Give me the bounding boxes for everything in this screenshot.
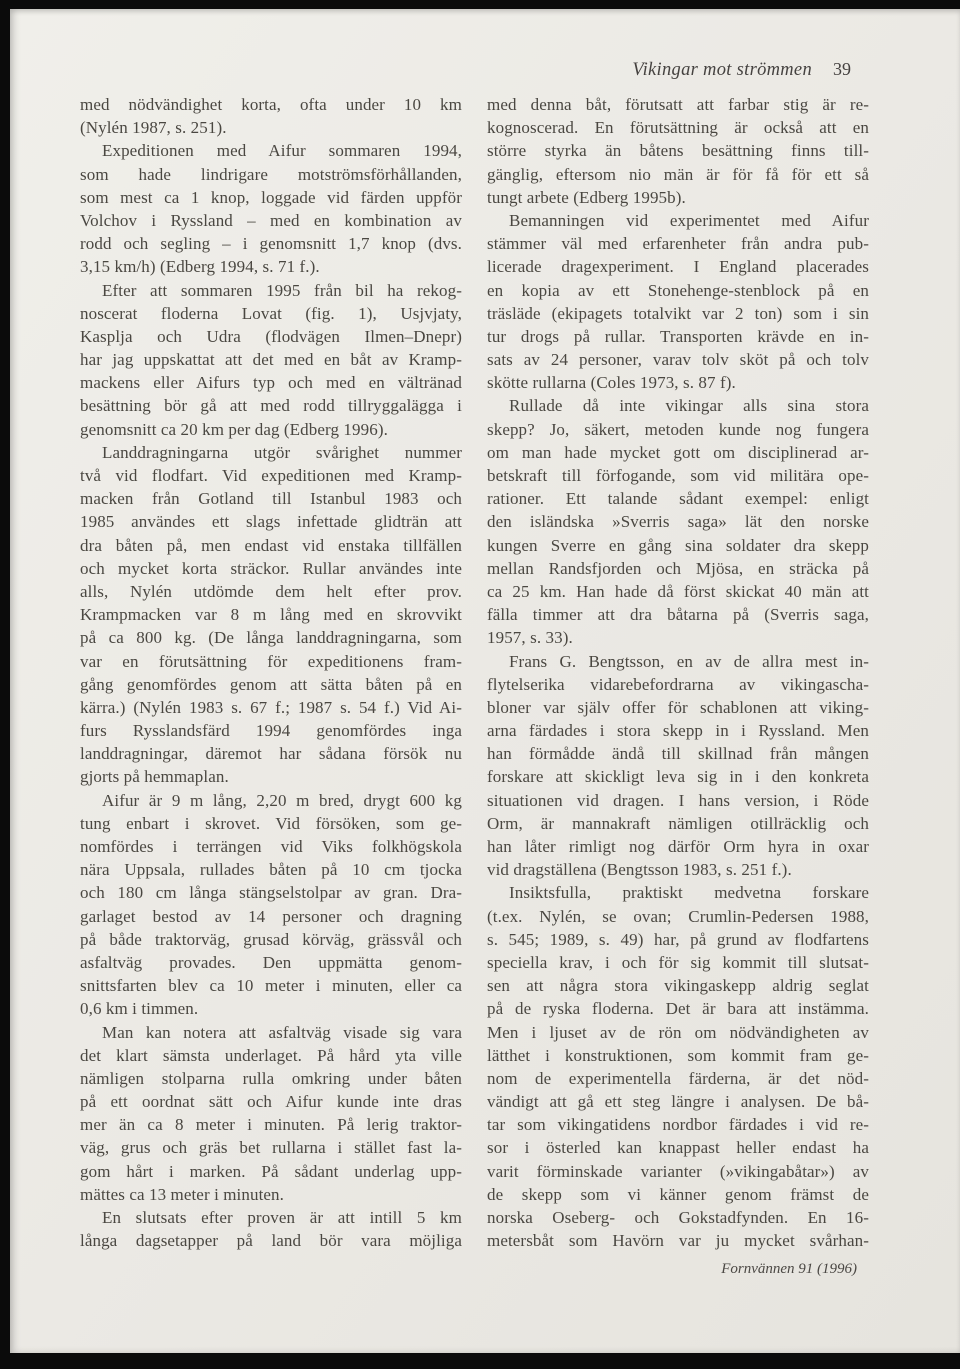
text-line: gänglig, eftersom nio män är för få för …: [487, 163, 869, 186]
text-line: (t.ex. Nylén, se ovan; Crumlin-Pedersen …: [487, 905, 869, 928]
text-line: macken från Gotland till Istanbul 1983 o…: [80, 487, 462, 510]
scanned-page: Vikingar mot strömmen 39 med nödvändighe…: [0, 0, 960, 1369]
page-number: 39: [833, 59, 851, 79]
text-line: nära Uppsala, rullades båten på 10 cm tj…: [80, 858, 462, 881]
text-line: noscerat floderna Lovat (fig. 1), Usjvja…: [80, 302, 462, 325]
text-line: nämligen stolparna rulla omkring under b…: [80, 1067, 462, 1090]
text-line: vändigt att gå ett steg längre i analyse…: [487, 1090, 869, 1113]
text-line: och 180 cm långa stängselstolpar av gran…: [80, 881, 462, 904]
text-line: som hade lindrigare motströmsförhållande…: [80, 163, 462, 186]
text-line: tungt arbete (Edberg 1995b).: [487, 186, 869, 209]
text-line: varit förminskade varianter (»vikingabåt…: [487, 1160, 869, 1183]
journal-reference: Fornvännen 91 (1996): [721, 1261, 857, 1277]
paragraph: Rullade då inte vikingar alls sina stora…: [487, 394, 869, 649]
text-line: Efter att sommaren 1995 från bil ha reko…: [80, 279, 462, 302]
paragraph: Insiktsfulla, praktiskt medvetna forskar…: [487, 881, 869, 1252]
text-line: var en förutsättning för expeditionens f…: [80, 650, 462, 673]
text-line: alls, Nylén utdömde dem helt efter prov.: [80, 580, 462, 603]
paragraph: Aifur är 9 m lång, 2,20 m bred, drygt 60…: [80, 789, 462, 1021]
text-line: två vid flodfart. Vid expeditionen med K…: [80, 464, 462, 487]
text-line: träsläde (ekipagets totalvikt var 2 ton)…: [487, 302, 869, 325]
text-line: bloner var själv offer för schablonen at…: [487, 696, 869, 719]
text-line: på de ryska floderna. Det är bara att in…: [487, 997, 869, 1020]
paragraph: Frans G. Bengtsson, en av de allra mest …: [487, 650, 869, 882]
text-line: besättning bör gå att med rodd tillrygga…: [80, 394, 462, 417]
left-column: med nödvändighet korta, ofta under 10 km…: [80, 93, 462, 1252]
text-line: sen att några stora vikingaskepp aldrig …: [487, 974, 869, 997]
text-line: gom hårt i marken. På sådant underlag up…: [80, 1160, 462, 1183]
text-line: kärra.) (Nylén 1983 s. 67 f.; 1987 s. 54…: [80, 696, 462, 719]
paragraph: Bemanningen vid experimentet med Aifurst…: [487, 209, 869, 395]
text-line: kognoscerad. En förutsättning är också a…: [487, 116, 869, 139]
text-line: genomsnitt ca 20 km per dag (Edberg 1996…: [80, 418, 462, 441]
text-line: Man kan notera att asfaltväg visade sig …: [80, 1021, 462, 1044]
text-line: Volchov i Ryssland – med en kombination …: [80, 209, 462, 232]
text-line: forskare att skickligt leva sig in i den…: [487, 765, 869, 788]
text-line: de skepp som vi känner genom främst de: [487, 1183, 869, 1206]
text-line: med denna båt, förutsatt att farbar stig…: [487, 93, 869, 116]
paragraph: med denna båt, förutsatt att farbar stig…: [487, 93, 869, 209]
text-line: Orm, är mannakraft nämligen otillräcklig…: [487, 812, 869, 835]
text-line: norska Oseberg- och Gokstadfynden. En 16…: [487, 1206, 869, 1229]
paragraph: med nödvändighet korta, ofta under 10 km…: [80, 93, 462, 139]
text-line: asfaltväg provades. Den uppmätta genom-: [80, 951, 462, 974]
text-line: mättes ca 13 meter i minuten.: [80, 1183, 462, 1206]
text-line: Frans G. Bengtsson, en av de allra mest …: [487, 650, 869, 673]
text-line: 1985 användes ett slags infettade glidtr…: [80, 510, 462, 533]
text-line: en kopia av ett Stonehenge-stenblock på …: [487, 279, 869, 302]
text-line: sor i österled kan knappast heller endas…: [487, 1136, 869, 1159]
text-line: Men i ljuset av de rön om nödvändigheten…: [487, 1021, 869, 1044]
right-column: med denna båt, förutsatt att farbar stig…: [487, 93, 869, 1252]
text-line: det klart sämsta underlaget. På hård yta…: [80, 1044, 462, 1067]
paragraph: Expeditionen med Aifur sommaren 1994,som…: [80, 139, 462, 278]
text-line: Landdragningarna utgör svårighet nummer: [80, 441, 462, 464]
text-line: långa dagsetapper på land bör vara möjli…: [80, 1229, 462, 1252]
text-line: gång genomfördes genom att sätta båten p…: [80, 673, 462, 696]
text-columns: med nödvändighet korta, ofta under 10 km…: [80, 93, 869, 1252]
page-footer: Fornvännen 91 (1996): [486, 1261, 873, 1278]
text-line: tar som vikingatidens nordbor färdades i…: [487, 1113, 869, 1136]
page-header: Vikingar mot strömmen 39: [486, 59, 873, 81]
text-line: dra båten på, men endast vid enstaka til…: [80, 534, 462, 557]
text-line: Kasplja och Udra (flodvägen Ilmen–Dnepr): [80, 325, 462, 348]
text-line: En slutsats efter proven är att intill 5…: [80, 1206, 462, 1229]
text-line: lätthet i konstruktionen, som kommit fra…: [487, 1044, 869, 1067]
text-line: med nödvändighet korta, ofta under 10 km: [80, 93, 462, 116]
text-line: Rullade då inte vikingar alls sina stora: [487, 394, 869, 417]
text-line: betskraft till förfogande, som vid milit…: [487, 464, 869, 487]
text-line: rationer. Ett talande sådant exempel: en…: [487, 487, 869, 510]
text-line: på ett oordnat sätt och Aifur kunde inte…: [80, 1090, 462, 1113]
text-line: s. 545; 1989, s. 49) har, på grund av fl…: [487, 928, 869, 951]
text-line: furs Rysslandsfärd 1994 genomfördes inga: [80, 719, 462, 742]
text-line: väg, grus och gräs bet rullarna i ställe…: [80, 1136, 462, 1159]
text-line: Bemanningen vid experimentet med Aifur: [487, 209, 869, 232]
text-line: (Nylén 1987, s. 251).: [80, 116, 462, 139]
text-line: tung enbart i skrovet. Vid försöken, som…: [80, 812, 462, 835]
text-line: stämmer väl med erfarenheter från andra …: [487, 232, 869, 255]
text-line: tur drogs på rullar. Transporten krävde …: [487, 325, 869, 348]
text-line: Aifur är 9 m lång, 2,20 m bred, drygt 60…: [80, 789, 462, 812]
text-line: licerade dragexperiment. I England place…: [487, 255, 869, 278]
text-line: 1957, s. 33).: [487, 626, 869, 649]
text-line: 3,15 km/h) (Edberg 1994, s. 71 f.).: [80, 255, 462, 278]
text-line: har jag uppskattat att det med en båt av…: [80, 348, 462, 371]
text-line: och mycket korta sträckor. Rullar använd…: [80, 557, 462, 580]
text-line: metersbåt som Havörn var ju mycket svårh…: [487, 1229, 869, 1252]
text-line: på ca 800 kg. (De långa landdragningarna…: [80, 626, 462, 649]
text-line: nom de experimentella färderna, är det n…: [487, 1067, 869, 1090]
text-line: fälla timmer att dra båtarna på (Sverris…: [487, 603, 869, 626]
text-line: mellan Randsfjorden och Mjösa, en sträck…: [487, 557, 869, 580]
text-line: den isländska »Sverris saga» lät den nor…: [487, 510, 869, 533]
text-line: Insiktsfulla, praktiskt medvetna forskar…: [487, 881, 869, 904]
text-line: som mest ca 1 knop, loggade vid färden u…: [80, 186, 462, 209]
text-line: situationen vid dragen. I hans version, …: [487, 789, 869, 812]
paragraph: Man kan notera att asfaltväg visade sig …: [80, 1021, 462, 1207]
text-line: garlaget bestod av 14 personer och dragn…: [80, 905, 462, 928]
text-line: nomfördes i terrängen vid Viks folkhögsk…: [80, 835, 462, 858]
text-line: arna färdades i stora skepp in i Rysslan…: [487, 719, 869, 742]
text-line: Expeditionen med Aifur sommaren 1994,: [80, 139, 462, 162]
text-line: skötte rullarna (Coles 1973, s. 87 f).: [487, 371, 869, 394]
paragraph: Landdragningarna utgör svårighet nummert…: [80, 441, 462, 789]
text-line: på både traktorväg, grusad körväg, gräss…: [80, 928, 462, 951]
text-line: 0,6 km i timmen.: [80, 997, 462, 1020]
text-line: rodd och segling – i genomsnitt 1,7 knop…: [80, 232, 462, 255]
text-line: mer än ca 8 meter i minuten. På lerig tr…: [80, 1113, 462, 1136]
text-line: ca 25 km. Han hade då först skickat 40 m…: [487, 580, 869, 603]
text-line: kungen Sverre en gång sina soldater dra …: [487, 534, 869, 557]
text-line: om man hade mycket gott om disciplinerad…: [487, 441, 869, 464]
text-line: skepp? Jo, säkert, metoden kunde nog fun…: [487, 418, 869, 441]
paper-page: Vikingar mot strömmen 39 med nödvändighe…: [10, 9, 960, 1353]
text-line: gjorts på hemmaplan.: [80, 765, 462, 788]
text-line: han förmådde ändå till skillnad från mån…: [487, 742, 869, 765]
text-line: han låter rimligt nog därför Orm hyra in…: [487, 835, 869, 858]
text-line: vid dragställena (Bengtsson 1983, s. 251…: [487, 858, 869, 881]
paragraph: En slutsats efter proven är att intill 5…: [80, 1206, 462, 1252]
text-line: större styrka än båtens besättning finns…: [487, 139, 869, 162]
text-line: snittsfarten blev ca 10 meter i minuten,…: [80, 974, 462, 997]
paragraph: Efter att sommaren 1995 från bil ha reko…: [80, 279, 462, 441]
text-line: landdragningar, däremot har sådana försö…: [80, 742, 462, 765]
text-line: sats av 24 personer, varav tolv sköt på …: [487, 348, 869, 371]
text-line: Krampmacken var 8 m lång med en skrovvik…: [80, 603, 462, 626]
text-line: mackens eller Aifurs typ och med en vält…: [80, 371, 462, 394]
text-line: flytelserika vidarebefordrarna av viking…: [487, 673, 869, 696]
running-title: Vikingar mot strömmen: [632, 60, 812, 80]
text-line: speciella krav, i och för sig kommit til…: [487, 951, 869, 974]
